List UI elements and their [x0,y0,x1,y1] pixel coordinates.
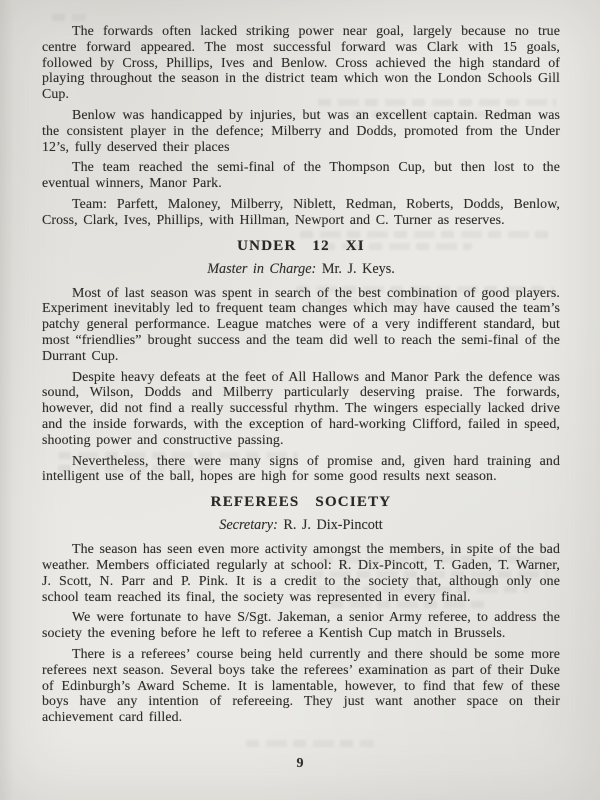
team-list-paragraph: Team: Parfett, Maloney, Milberry, Niblet… [42,197,560,229]
referees-paragraph: We were fortunate to have S/Sgt. Jakeman… [42,610,560,642]
page-text-column: The forwards often lacked striking power… [42,24,560,731]
under-12-paragraph: Most of last season was spent in search … [42,286,560,365]
intro-paragraph: Benlow was handicapped by injuries, but … [42,108,560,155]
referees-paragraph: There is a referees’ course being held c… [42,647,560,726]
referees-paragraph: The season has seen even more activity a… [42,542,560,605]
scanned-magazine-page: The forwards often lacked striking power… [0,0,600,800]
bleed-through-artifact [246,740,374,747]
master-in-charge-line: Master in Charge: Mr. J. Keys. [42,261,560,278]
role-label: Secretary: [219,517,278,533]
under-12-paragraph: Despite heavy defeats at the feet of All… [42,370,560,449]
section-heading-referees-society: REFEREES SOCIETY [42,494,560,511]
page-number: 9 [0,756,600,772]
bleed-through-artifact [52,14,86,21]
role-value: Mr. J. Keys. [322,261,395,277]
under-12-paragraph: Nevertheless, there were many signs of p… [42,454,560,486]
role-value: R. J. Dix-Pincott [283,517,382,533]
secretary-line: Secretary: R. J. Dix-Pincott [42,517,560,534]
intro-paragraph: The forwards often lacked striking power… [42,24,560,103]
role-label: Master in Charge: [207,261,316,277]
section-heading-under-12-xi: UNDER 12 XI [42,238,560,255]
intro-paragraph: The team reached the semi-final of the T… [42,160,560,192]
